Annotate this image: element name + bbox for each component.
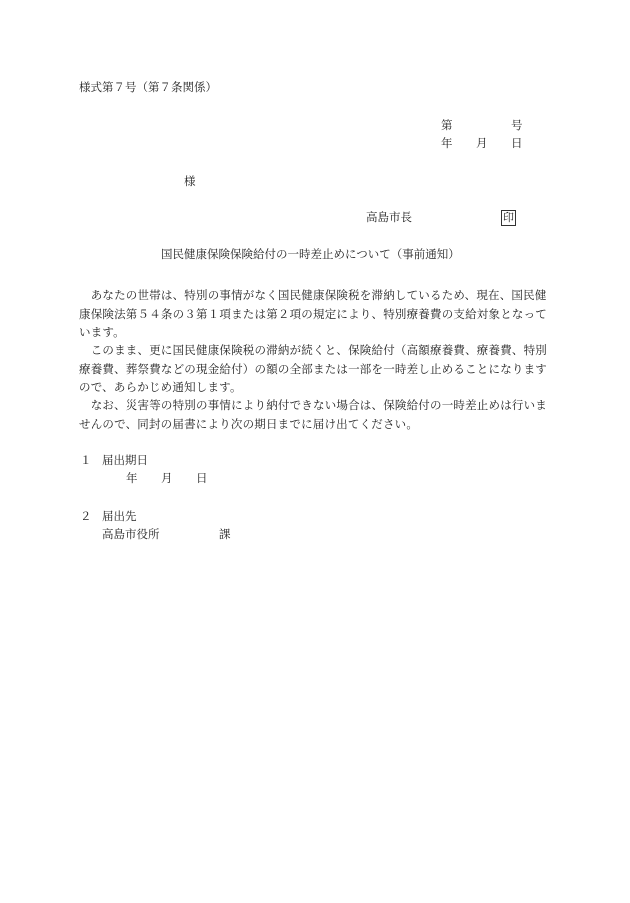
addressee-suffix: 様 bbox=[184, 176, 196, 188]
number-suffix: 号 bbox=[511, 120, 523, 132]
seal-box: 印 bbox=[501, 210, 516, 226]
form-label: 様式第７号（第７条関係） bbox=[79, 82, 217, 94]
body-paragraph-2: このまま、更に国民健康保険税の滞納が続くと、保険給付（高額療養費、療養費、特別療… bbox=[79, 341, 549, 397]
body-paragraph-1: あなたの世帯は、特別の事情がなく国民健康保険税を滞納しているため、現在、国民健康… bbox=[79, 286, 549, 342]
issuer-name: 高島市長 bbox=[366, 212, 412, 224]
document-title: 国民健康保険保険給付の一時差止めについて（事前通知） bbox=[161, 249, 460, 261]
date-year: 年 bbox=[441, 138, 453, 150]
deadline-year: 年 bbox=[126, 473, 138, 485]
date-day: 日 bbox=[511, 138, 523, 150]
item-label: 届出期日 bbox=[102, 455, 148, 467]
deadline-month: 月 bbox=[161, 473, 173, 485]
item-number: ２ bbox=[80, 511, 92, 523]
item-number: １ bbox=[80, 455, 92, 467]
number-prefix: 第 bbox=[441, 120, 453, 132]
date-month: 月 bbox=[476, 138, 488, 150]
destination-office: 高島市役所 bbox=[102, 529, 160, 541]
body-paragraph-3: なお、災害等の特別の事情により納付できない場合は、保険給付の一時差止めは行いませ… bbox=[79, 396, 549, 433]
deadline-day: 日 bbox=[196, 473, 208, 485]
seal-mark: 印 bbox=[501, 210, 516, 226]
destination-section: 課 bbox=[219, 529, 231, 541]
item-label: 届出先 bbox=[102, 511, 137, 523]
